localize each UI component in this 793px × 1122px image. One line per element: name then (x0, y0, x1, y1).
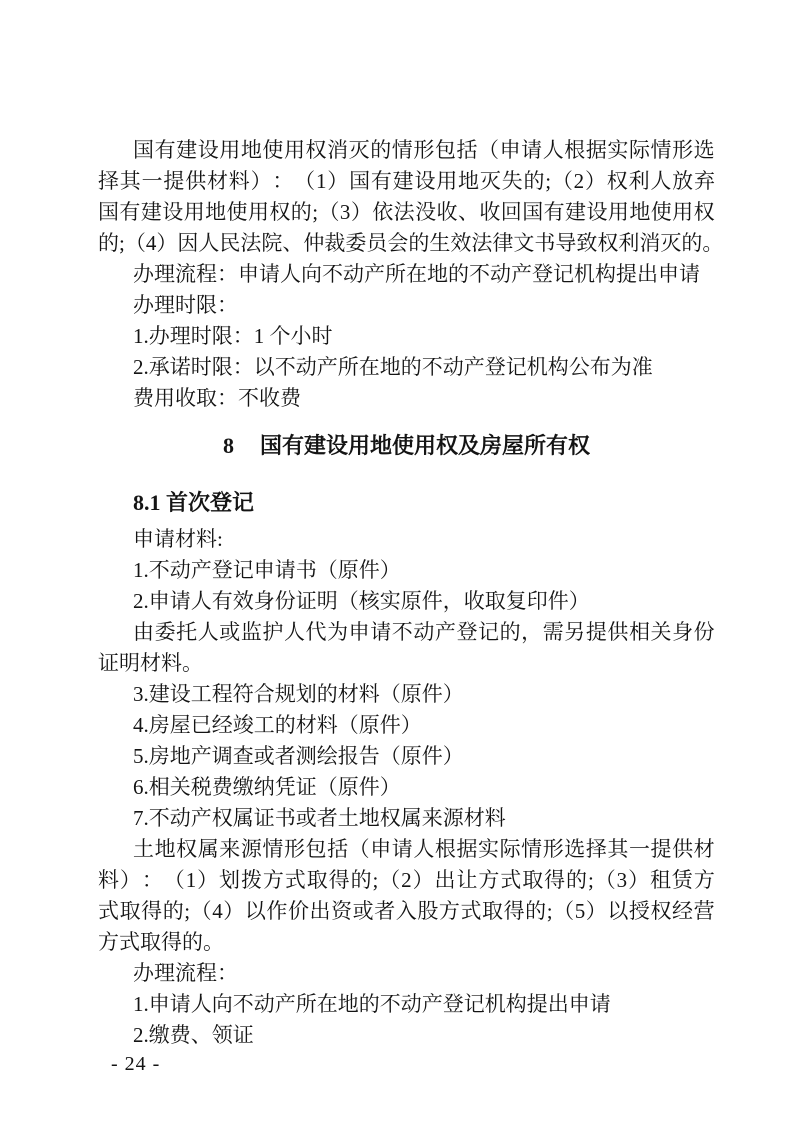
char: 灭 (480, 166, 501, 197)
char: 材 (694, 834, 715, 865)
char: 提 (586, 617, 607, 648)
text-line: 4.房屋已经竣工的材料（原件） (98, 710, 715, 741)
text-line: 办理流程：申请人向不动产所在地的不动产登记机构提出申请 (98, 259, 715, 290)
char: ） (413, 865, 434, 896)
char: 方 (439, 896, 460, 927)
char: 供 (185, 166, 206, 197)
char: 地 (155, 834, 176, 865)
document-page: 国有建设用地使用权消灭的情形包括（申请人根据实际情形选择其一提供材料）：（1）国… (0, 0, 793, 1122)
char: 或 (353, 896, 374, 927)
char: 护 (262, 617, 283, 648)
char: 3 (340, 197, 351, 228)
char: 设 (586, 197, 607, 228)
text-line: 费用收取：不收费 (98, 383, 715, 414)
char: 4 (212, 896, 223, 927)
char: 的 (291, 197, 312, 228)
char: 另 (564, 617, 585, 648)
char: 授 (629, 896, 650, 927)
char: 权 (607, 166, 628, 197)
char: 请 (392, 834, 413, 865)
paragraph: 土地权属来源情形包括（申请人根据实际情形选择其一提供材料）：（1）划拨方式取得的… (98, 834, 715, 958)
char: 托 (176, 617, 197, 648)
char: 法 (394, 197, 415, 228)
char: 拨 (241, 865, 262, 896)
char: 1 (316, 166, 327, 197)
char: 以 (245, 896, 266, 927)
char: ） (351, 197, 372, 228)
char: 出 (310, 896, 331, 927)
char: 产 (435, 617, 456, 648)
text-line: 1.申请人向不动产所在地的不动产登记机构提出申请 (98, 989, 715, 1020)
text-line: 2.承诺时限：以不动产所在地的不动产登记机构公布为准 (98, 352, 715, 383)
text-line: 国有建设用地使用权消灭的情形包括（申请人根据实际情形选 (98, 135, 715, 166)
char: ; (545, 166, 551, 197)
char: 的 (523, 166, 544, 197)
char: 取 (482, 896, 503, 927)
char: 记 (478, 617, 499, 648)
char: 取 (120, 896, 141, 927)
char: ） (120, 865, 141, 896)
char: 源 (241, 834, 262, 865)
char: 用 (284, 135, 305, 166)
char: ） (197, 865, 218, 896)
char: ： (272, 166, 293, 197)
char: （ (294, 166, 315, 197)
char: 用 (608, 197, 629, 228)
char: 让 (456, 865, 477, 896)
char: 属 (198, 834, 219, 865)
char: 实 (478, 834, 499, 865)
char: 情 (521, 834, 542, 865)
char: 方 (478, 865, 499, 896)
char: 营 (694, 896, 715, 927)
char: 有 (119, 197, 140, 228)
paragraph: 由委托人或监护人代为申请不动产登记的，需另提供相关身份证明材料。 (98, 617, 715, 679)
char: ; (184, 896, 190, 927)
paragraph: 2.承诺时限：以不动产所在地的不动产登记机构公布为准 (98, 352, 715, 383)
char: 人 (650, 166, 671, 197)
char: 材 (207, 166, 228, 197)
char: （ (595, 865, 616, 896)
text-line: 土地权属来源情形包括（申请人根据实际情形选择其一提供材 (98, 834, 715, 865)
char: 用 (672, 197, 693, 228)
char: 式 (500, 865, 521, 896)
char: 灭 (349, 135, 370, 166)
char: 建 (393, 166, 414, 197)
char: 的 (370, 135, 391, 166)
char: 括 (456, 135, 477, 166)
char: 用 (219, 135, 240, 166)
char: 2 (574, 166, 585, 197)
text-line: 5.房地产调查或者测绘报告（原件） (98, 741, 715, 772)
char: 地 (458, 166, 479, 197)
char: 为 (327, 617, 348, 648)
paragraph: 办理时限： (98, 290, 715, 321)
char: 用 (436, 166, 457, 197)
char: 得 (504, 896, 525, 927)
char: 国 (133, 135, 154, 166)
char: 权 (650, 896, 671, 927)
text-line: 6.相关税费缴纳凭证（原件） (98, 772, 715, 803)
paragraph: 2.申请人有效身份证明（核实原件，收取复印件） (98, 586, 715, 617)
text-line: 办理流程： (98, 958, 715, 989)
char: 租 (650, 865, 671, 896)
char: 身 (672, 617, 693, 648)
char: 的 (163, 896, 184, 927)
char: 料 (98, 865, 119, 896)
paragraph: 4.房屋已经竣工的材料（原件） (98, 710, 715, 741)
char: 委 (155, 617, 176, 648)
char: 入 (396, 896, 417, 927)
text-line: 式取得的;（4）以作价出资或者入股方式取得的;（5）以授权经营 (98, 896, 715, 927)
char: 请 (370, 617, 391, 648)
paragraph: 1.申请人向不动产所在地的不动产登记机构提出申请 (98, 989, 715, 1020)
char: 设 (162, 197, 183, 228)
char: 需 (543, 617, 564, 648)
char: ; (588, 865, 594, 896)
char: 情 (651, 135, 672, 166)
paragraph: 国有建设用地使用权消灭的情形包括（申请人根据实际情形选择其一提供材料）：（1）国… (98, 135, 715, 259)
char: 有 (371, 166, 392, 197)
char: 括 (327, 834, 348, 865)
char: 来 (219, 834, 240, 865)
paragraph: 办理流程： (98, 958, 715, 989)
char: 式 (460, 896, 481, 927)
char: 建 (176, 135, 197, 166)
char: ） (628, 865, 649, 896)
char: 相 (629, 617, 650, 648)
char: 关 (651, 617, 672, 648)
char: 选 (694, 135, 715, 166)
char: 设 (198, 135, 219, 166)
char: 式 (285, 865, 306, 896)
char: 申 (500, 135, 521, 166)
text-line: 由委托人或监护人代为申请不动产登记的，需另提供相关身份 (98, 617, 715, 648)
char: 动 (413, 617, 434, 648)
char: （ (379, 865, 400, 896)
char: 作 (266, 896, 287, 927)
char: 的 (351, 865, 372, 896)
char: 取 (522, 865, 543, 896)
char: 1 (186, 865, 197, 896)
char: ） (327, 166, 348, 197)
char: 取 (307, 865, 328, 896)
char: 权 (269, 197, 290, 228)
page-number: - 24 - (111, 1050, 160, 1078)
char: 由 (133, 617, 154, 648)
char: （ (553, 896, 574, 927)
char: ， (521, 617, 542, 648)
char: 使 (262, 135, 283, 166)
char: 权 (306, 135, 327, 166)
char: 包 (306, 834, 327, 865)
char: 情 (262, 834, 283, 865)
char: 登 (456, 617, 477, 648)
char: 料 (229, 166, 250, 197)
text-line: 方式取得的。 (98, 927, 715, 958)
char: 划 (219, 865, 240, 896)
char: 根 (435, 834, 456, 865)
paragraph: 6.相关税费缴纳凭证（原件） (98, 772, 715, 803)
char: 形 (413, 135, 434, 166)
section-heading: 8.1 首次登记 (98, 487, 715, 518)
char: 提 (163, 166, 184, 197)
chapter-heading: 8国有建设用地使用权及房屋所有权 (98, 430, 715, 461)
char: 选 (564, 834, 585, 865)
text-line: 3.建设工程符合规划的材料（原件） (98, 679, 715, 710)
char: 地 (205, 197, 226, 228)
char: 有 (544, 197, 565, 228)
char: 人 (413, 834, 434, 865)
char: ; (372, 865, 378, 896)
char: 得 (544, 865, 565, 896)
char: 监 (241, 617, 262, 648)
text-line: 1.办理时限：1 个小时 (98, 321, 715, 352)
text-line: 的;（4）因人民法院、仲裁委员会的生效法律文书导致权利消灭的。 (98, 228, 715, 259)
body-text: 国有建设用地使用权消灭的情形包括（申请人根据实际情形选择其一提供材料）：（1）国… (98, 135, 715, 1051)
char: ） (251, 166, 272, 197)
char: 供 (672, 834, 693, 865)
char: 、 (458, 197, 479, 228)
char: 其 (120, 166, 141, 197)
char: 其 (607, 834, 628, 865)
paragraph: 申请材料: (98, 524, 715, 555)
char: 形 (284, 834, 305, 865)
char: 地 (241, 135, 262, 166)
char: 权 (694, 197, 715, 228)
char: 权 (176, 834, 197, 865)
char: 股 (417, 896, 438, 927)
char: 份 (694, 617, 715, 648)
char: 供 (607, 617, 628, 648)
char: 的 (500, 617, 521, 648)
char: 择 (98, 166, 119, 197)
char: 2 (401, 865, 412, 896)
char: 资 (331, 896, 352, 927)
char: 式 (98, 896, 119, 927)
char: 的 (525, 896, 546, 927)
char: （ (191, 896, 212, 927)
char: ） (585, 166, 606, 197)
char: 3 (617, 865, 628, 896)
char: 建 (141, 197, 162, 228)
char: 收 (437, 197, 458, 228)
char: 设 (414, 166, 435, 197)
char: 国 (98, 197, 119, 228)
char: 方 (263, 865, 284, 896)
char: 形 (543, 834, 564, 865)
char: 形 (672, 135, 693, 166)
char: 实 (607, 135, 628, 166)
text-line: 2.缴费、领证 (98, 1020, 715, 1051)
paragraph: 7.不动产权属证书或者土地权属来源材料 (98, 803, 715, 834)
char: 国 (349, 166, 370, 197)
char: 方 (694, 865, 715, 896)
text-line: 7.不动产权属证书或者土地权属来源材料 (98, 803, 715, 834)
char: 经 (672, 896, 693, 927)
char: （ (164, 865, 185, 896)
text-line: 国有建设用地使用权的;（3）依法没收、收回国有建设用地使用权 (98, 197, 715, 228)
char: 国 (522, 197, 543, 228)
char: ： (142, 865, 163, 896)
char: 没 (415, 197, 436, 228)
char: ; (312, 197, 318, 228)
char: 利 (629, 166, 650, 197)
char: 得 (141, 896, 162, 927)
char: ） (586, 896, 607, 927)
char: 一 (629, 834, 650, 865)
char: 包 (435, 135, 456, 166)
char: 情 (392, 135, 413, 166)
char: 得 (329, 865, 350, 896)
paragraph: 3.建设工程符合规划的材料（原件） (98, 679, 715, 710)
text-line: 办理时限： (98, 290, 715, 321)
char: 择 (586, 834, 607, 865)
paragraph: 办理流程：申请人向不动产所在地的不动产登记机构提出申请 (98, 259, 715, 290)
char: 有 (155, 135, 176, 166)
text-line: 2.申请人有效身份证明（核实原件，收取复印件） (98, 586, 715, 617)
chapter-title: 国有建设用地使用权及房屋所有权 (260, 430, 590, 461)
char: 据 (586, 135, 607, 166)
char: 地 (629, 197, 650, 228)
paragraph: 费用收取：不收费 (98, 383, 715, 414)
char: （ (552, 166, 573, 197)
char: ） (223, 896, 244, 927)
text-line: 1.不动产登记申请书（原件） (98, 555, 715, 586)
char: 赁 (672, 865, 693, 896)
char: 使 (651, 197, 672, 228)
paragraph: 1.办理时限：1 个小时 (98, 321, 715, 352)
text-line: 证明材料。 (98, 648, 715, 679)
char: 土 (133, 834, 154, 865)
chapter-number: 8 (223, 430, 234, 461)
char: 失 (502, 166, 523, 197)
char: ; (547, 896, 553, 927)
char: 放 (672, 166, 693, 197)
char: 际 (629, 135, 650, 166)
char: 以 (607, 896, 628, 927)
char: （ (318, 197, 339, 228)
char: 申 (370, 834, 391, 865)
char: 价 (288, 896, 309, 927)
char: 或 (219, 617, 240, 648)
char: 根 (564, 135, 585, 166)
char: 不 (392, 617, 413, 648)
char: 提 (651, 834, 672, 865)
char: 者 (374, 896, 395, 927)
text-line: 申请材料: (98, 524, 715, 555)
char: 弃 (694, 166, 715, 197)
char: 请 (521, 135, 542, 166)
char: 使 (227, 197, 248, 228)
char: 际 (500, 834, 521, 865)
char: 消 (327, 135, 348, 166)
paragraph: 5.房地产调查或者测绘报告（原件） (98, 741, 715, 772)
char: 用 (248, 197, 269, 228)
char: 依 (372, 197, 393, 228)
char: 一 (142, 166, 163, 197)
char: 申 (349, 617, 370, 648)
text-line: 料）：（1）划拨方式取得的;（2）出让方式取得的;（3）租赁方 (98, 865, 715, 896)
char: 人 (284, 617, 305, 648)
char: 的 (566, 865, 587, 896)
char: 回 (501, 197, 522, 228)
char: 出 (435, 865, 456, 896)
char: 用 (184, 197, 205, 228)
char: 人 (198, 617, 219, 648)
char: 收 (479, 197, 500, 228)
char: （ (349, 834, 370, 865)
char: 代 (306, 617, 327, 648)
char: 据 (456, 834, 477, 865)
text-line: 择其一提供材料）：（1）国有建设用地灭失的;（2）权利人放弃 (98, 166, 715, 197)
paragraph: 1.不动产登记申请书（原件） (98, 555, 715, 586)
char: （ (478, 135, 499, 166)
char: 5 (575, 896, 586, 927)
paragraph: 2.缴费、领证 (98, 1020, 715, 1051)
char: 人 (543, 135, 564, 166)
char: 建 (565, 197, 586, 228)
